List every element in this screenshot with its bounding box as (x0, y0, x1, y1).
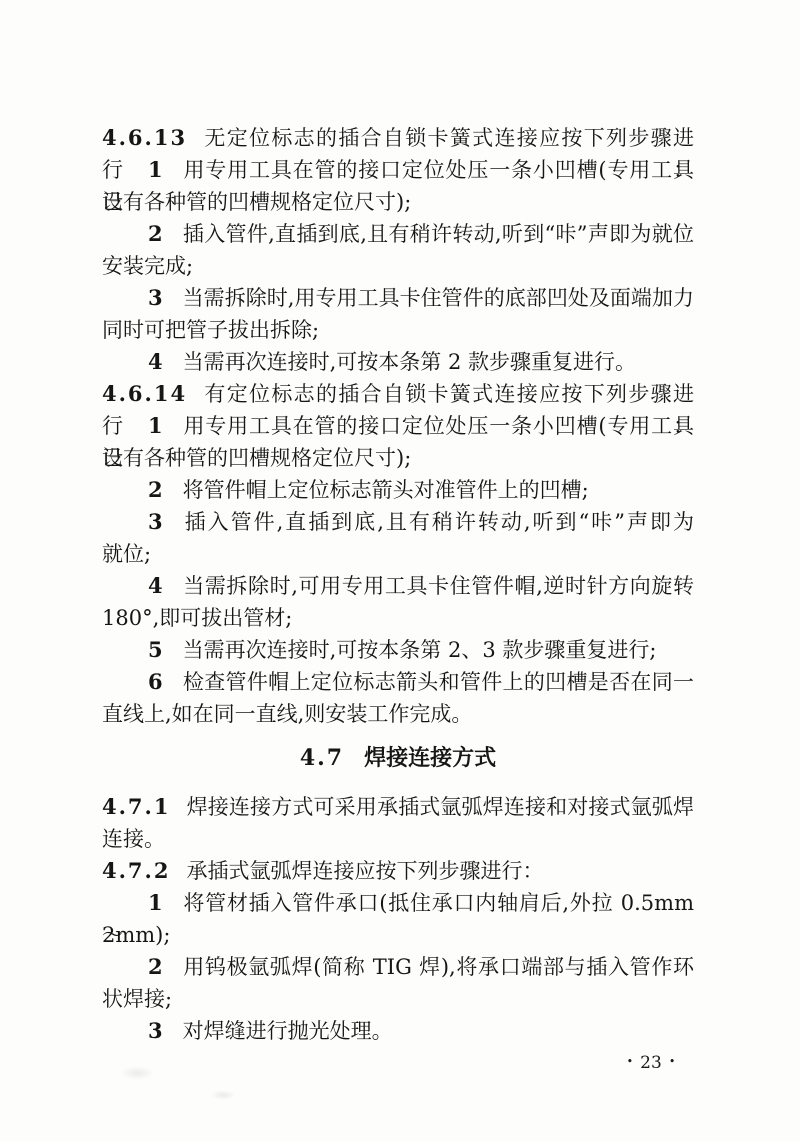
continuation-line: 直线上,如在同一直线,则安装工作完成。 (102, 698, 694, 730)
line-text: 设有各种管的凹槽规格定位尺寸); (102, 190, 411, 214)
clause-line: 4.6.14有定位标志的插合自锁卡簧式连接应按下列步骤进行： (102, 378, 694, 410)
clause-number: 4.6.13 (102, 125, 187, 150)
line-text: 2mm); (102, 923, 170, 947)
step-number: 5 (148, 637, 163, 662)
section-heading: 4.7焊接连接方式 (102, 742, 694, 774)
clause-number: 4.7.1 (102, 794, 170, 819)
line-text: 状焊接; (102, 987, 172, 1011)
continuation-line: 连接。 (102, 823, 694, 855)
step-number: 3 (148, 1018, 163, 1043)
continuation-line: 设有各种管的凹槽规格定位尺寸); (102, 186, 694, 218)
continuation-line: 设有各种管的凹槽规格定位尺寸); (102, 442, 694, 474)
step-number: 3 (148, 509, 163, 534)
continuation-line: 2mm); (102, 919, 694, 951)
step-line: 1用专用工具在管的接口定位处压一条小凹槽(专用工具已 (102, 410, 694, 442)
continuation-line: 安装完成; (102, 250, 694, 282)
step-number: 4 (148, 573, 163, 598)
step-line: 5当需再次连接时,可按本条第 2、3 款步骤重复进行; (102, 634, 694, 666)
line-text: 直线上,如在同一直线,则安装工作完成。 (102, 702, 472, 726)
step-line: 2将管件帽上定位标志箭头对准管件上的凹槽; (102, 474, 694, 506)
line-text: 设有各种管的凹槽规格定位尺寸); (102, 446, 411, 470)
step-line: 3对焊缝进行抛光处理。 (102, 1015, 694, 1047)
line-text: 插入管件,直插到底,且有稍许转动,听到“咔”声即为 (183, 510, 694, 534)
step-line: 1用专用工具在管的接口定位处压一条小凹槽(专用工具已 (102, 154, 694, 186)
line-text: 当需拆除时,用专用工具卡住管件的底部凹处及面端加力 (183, 286, 694, 310)
line-text: 将管件帽上定位标志箭头对准管件上的凹槽; (183, 478, 589, 502)
step-number: 2 (148, 221, 163, 246)
step-line: 2用钨极氩弧焊(简称 TIG 焊),将承口端部与插入管作环 (102, 951, 694, 983)
line-text: 插入管件,直插到底,且有稍许转动,听到“咔”声即为就位 (183, 222, 694, 246)
clause-number: 4.6.14 (102, 381, 187, 406)
scan-smudge (120, 1066, 154, 1080)
step-number: 4 (148, 349, 163, 374)
line-text: 当需拆除时,可用专用工具卡住管件帽,逆时针方向旋转 (183, 574, 694, 598)
clause-number: 4.7 (300, 745, 344, 771)
continuation-line: 同时可把管子拔出拆除; (102, 314, 694, 346)
step-line: 3插入管件,直插到底,且有稍许转动,听到“咔”声即为 (102, 506, 694, 538)
step-number: 2 (148, 477, 163, 502)
step-number: 1 (148, 890, 163, 915)
document-body: 4.6.13无定位标志的插合自锁卡簧式连接应按下列步骤进行： 1用专用工具在管的… (102, 122, 694, 1047)
step-line: 6检查管件帽上定位标志箭头和管件上的凹槽是否在同一 (102, 666, 694, 698)
step-number: 6 (148, 669, 163, 694)
line-text: 焊接连接方式 (364, 745, 496, 771)
step-line: 4当需再次连接时,可按本条第 2 款步骤重复进行。 (102, 346, 694, 378)
step-number: 1 (148, 157, 163, 182)
line-text: 当需再次连接时,可按本条第 2、3 款步骤重复进行; (183, 638, 657, 662)
line-text: 焊接连接方式可采用承插式氩弧焊连接和对接式氩弧焊 (186, 795, 694, 819)
line-text: 对焊缝进行抛光处理。 (183, 1019, 393, 1043)
step-number: 1 (148, 413, 163, 438)
continuation-line: 就位; (102, 538, 694, 570)
scan-smudge (210, 1090, 236, 1100)
clause-line: 4.6.13无定位标志的插合自锁卡簧式连接应按下列步骤进行： (102, 122, 694, 154)
clause-line: 4.7.1焊接连接方式可采用承插式氩弧焊连接和对接式氩弧焊 (102, 791, 694, 823)
line-text: 承插式氩弧焊连接应按下列步骤进行： (186, 859, 543, 883)
line-text: 当需再次连接时,可按本条第 2 款步骤重复进行。 (183, 350, 636, 374)
page-number-value: 23 (640, 1053, 662, 1073)
footer-dot-icon: • (627, 1055, 634, 1068)
footer-dot-icon: • (669, 1055, 676, 1068)
line-text: 就位; (102, 542, 151, 566)
line-text: 180°,即可拔出管材; (102, 606, 292, 630)
line-text: 检查管件帽上定位标志箭头和管件上的凹槽是否在同一 (183, 670, 694, 694)
step-line: 2插入管件,直插到底,且有稍许转动,听到“咔”声即为就位 (102, 218, 694, 250)
continuation-line: 状焊接; (102, 983, 694, 1015)
line-text: 安装完成; (102, 254, 193, 278)
step-line: 4当需拆除时,可用专用工具卡住管件帽,逆时针方向旋转 (102, 570, 694, 602)
step-number: 2 (148, 954, 163, 979)
line-text: 连接。 (102, 827, 165, 851)
continuation-line: 180°,即可拔出管材; (102, 602, 694, 634)
step-line: 1将管材插入管件承口(抵住承口内轴肩后,外拉 0.5mm～ (102, 887, 694, 919)
clause-number: 4.7.2 (102, 858, 170, 883)
step-number: 3 (148, 285, 163, 310)
line-text: 同时可把管子拔出拆除; (102, 318, 319, 342)
step-line: 3当需拆除时,用专用工具卡住管件的底部凹处及面端加力 (102, 282, 694, 314)
clause-line: 4.7.2承插式氩弧焊连接应按下列步骤进行： (102, 855, 694, 887)
scanned-document-page: 4.6.13无定位标志的插合自锁卡簧式连接应按下列步骤进行： 1用专用工具在管的… (0, 0, 800, 1142)
line-text: 用钨极氩弧焊(简称 TIG 焊),将承口端部与插入管作环 (183, 955, 694, 979)
page-number: •23• (591, 1050, 711, 1074)
